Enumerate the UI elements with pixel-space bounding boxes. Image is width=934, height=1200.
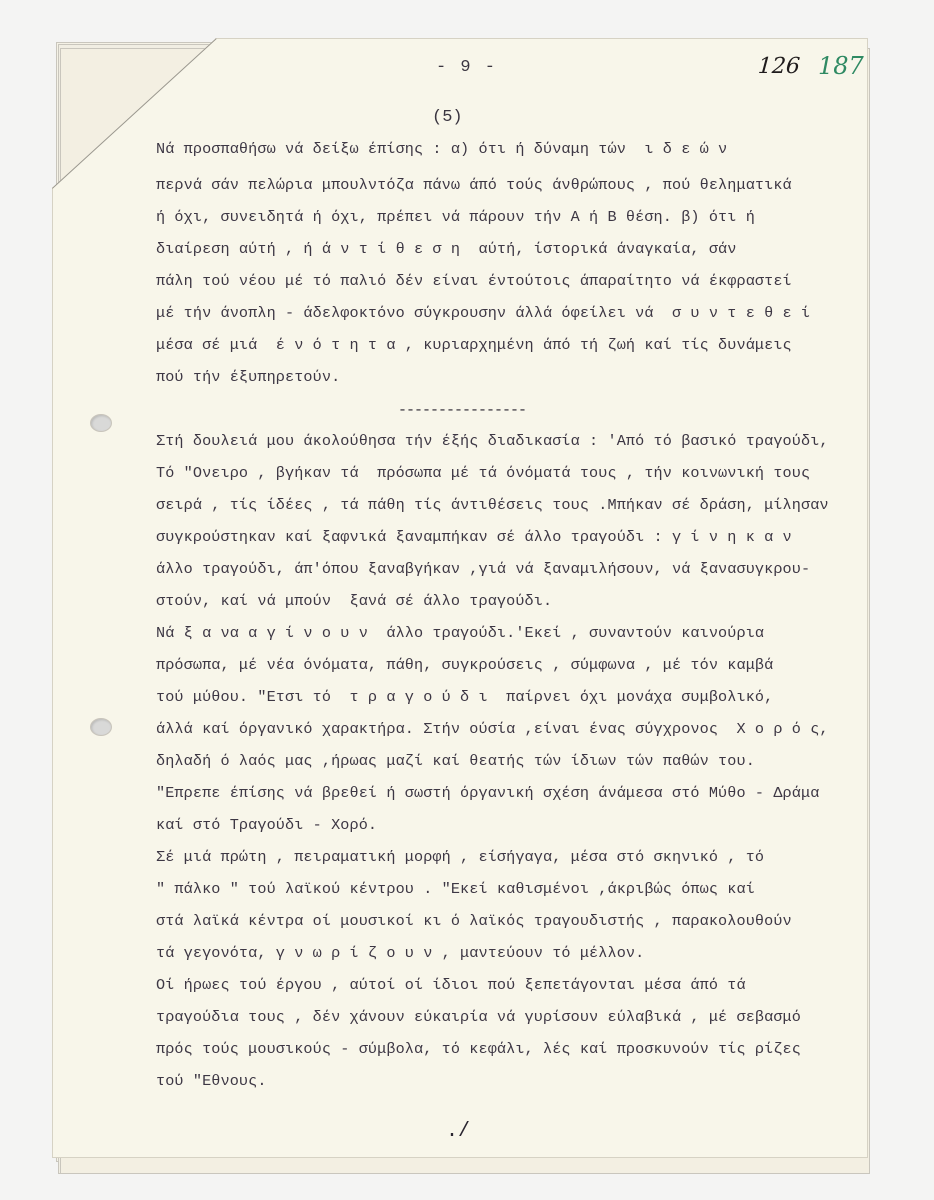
page-number: - 9 - xyxy=(436,58,497,77)
text-line: πρός τούς μουσικούς - σύμβολα, τό κεφάλι… xyxy=(156,1040,801,1058)
archive-number-handwritten-green: 187 xyxy=(818,52,864,80)
text-line: "Επρεπε έπίσης νά βρεθεί ή σωστή όργανικ… xyxy=(156,784,819,802)
text-line: Στή δουλειά μου άκολούθησα τήν έξής διαδ… xyxy=(156,432,829,450)
text-line: Νά ξ α να α γ ί ν ο υ ν άλλο τραγούδι.'Ε… xyxy=(156,624,764,642)
text-line: περνά σάν πελώρια μπουλντόζα πάνω άπό το… xyxy=(156,176,792,194)
text-line: άλλά καί όργανικό χαρακτήρα. Στήν ούσία … xyxy=(156,720,829,738)
text-line: " πάλκο " τού λαϊκού κέντρου . "Εκεί καθ… xyxy=(156,880,755,898)
text-line: Σέ μιά πρώτη , πειραματική μορφή , είσήγ… xyxy=(156,848,764,866)
text-line: στούν, καί νά μπούν ξανά σέ άλλο τραγούδ… xyxy=(156,592,552,610)
text-line: διαίρεση αύτή , ή ά ν τ ί θ ε σ η αύτή, … xyxy=(156,240,736,258)
text-line: ή όχι, συνειδητά ή όχι, πρέπει νά πάρουν… xyxy=(156,208,755,226)
punch-hole xyxy=(90,718,112,736)
text-line: πρόσωπα, μέ νέα όνόματα, πάθη, συγκρούσε… xyxy=(156,656,773,674)
text-line: άλλο τραγούδι, άπ'όπου ξαναβγήκαν ,γιά ν… xyxy=(156,560,810,578)
text-line: μέσα σέ μιά έ ν ό τ η τ α , κυριαρχημένη… xyxy=(156,336,792,354)
punch-hole xyxy=(90,414,112,432)
text-line: μέ τήν άνοπλη - άδελφοκτόνο σύγκρουσην ά… xyxy=(156,304,810,322)
text-line: Νά προσπαθήσω νά δείξω έπίσης : α) ότι ή… xyxy=(156,140,727,158)
text-line: δηλαδή ό λαός μας ,ήρωας μαζί καί θεατής… xyxy=(156,752,755,770)
end-mark: ./ xyxy=(446,1120,470,1143)
text-line: πού τήν έξυπηρετούν. xyxy=(156,368,340,386)
text-line: τού μύθου. "Ετσι τό τ ρ α γ ο ύ δ ι παίρ… xyxy=(156,688,773,706)
text-line: συγκρούστηκαν καί ξαφνικά ξαναμπήκαν σέ … xyxy=(156,528,792,546)
text-line: τά γεγονότα, γ ν ω ρ ί ζ ο υ ν , μαντεύο… xyxy=(156,944,644,962)
section-divider: ---------------- xyxy=(398,402,526,419)
text-line: καί στό Τραγούδι - Χορό. xyxy=(156,816,377,834)
archive-number-handwritten: 126 xyxy=(757,54,801,79)
text-line: τραγούδια τους , δέν χάνουν εύκαιρία νά … xyxy=(156,1008,801,1026)
text-line: Οί ήρωες τού έργου , αύτοί οί ίδιοι πού … xyxy=(156,976,746,994)
text-line: πάλη τού νέου μέ τό παλιό δέν είναι έντο… xyxy=(156,272,792,290)
text-line: σειρά , τίς ίδέες , τά πάθη τίς άντιθέσε… xyxy=(156,496,829,514)
text-line: Τό "Ονειρο , βγήκαν τά πρόσωπα μέ τά όνό… xyxy=(156,464,810,482)
text-line: στά λαϊκά κέντρα οί μουσικοί κι ό λαϊκός… xyxy=(156,912,792,930)
section-number: (5) xyxy=(432,108,463,127)
text-line: τού "Εθνους. xyxy=(156,1072,267,1090)
